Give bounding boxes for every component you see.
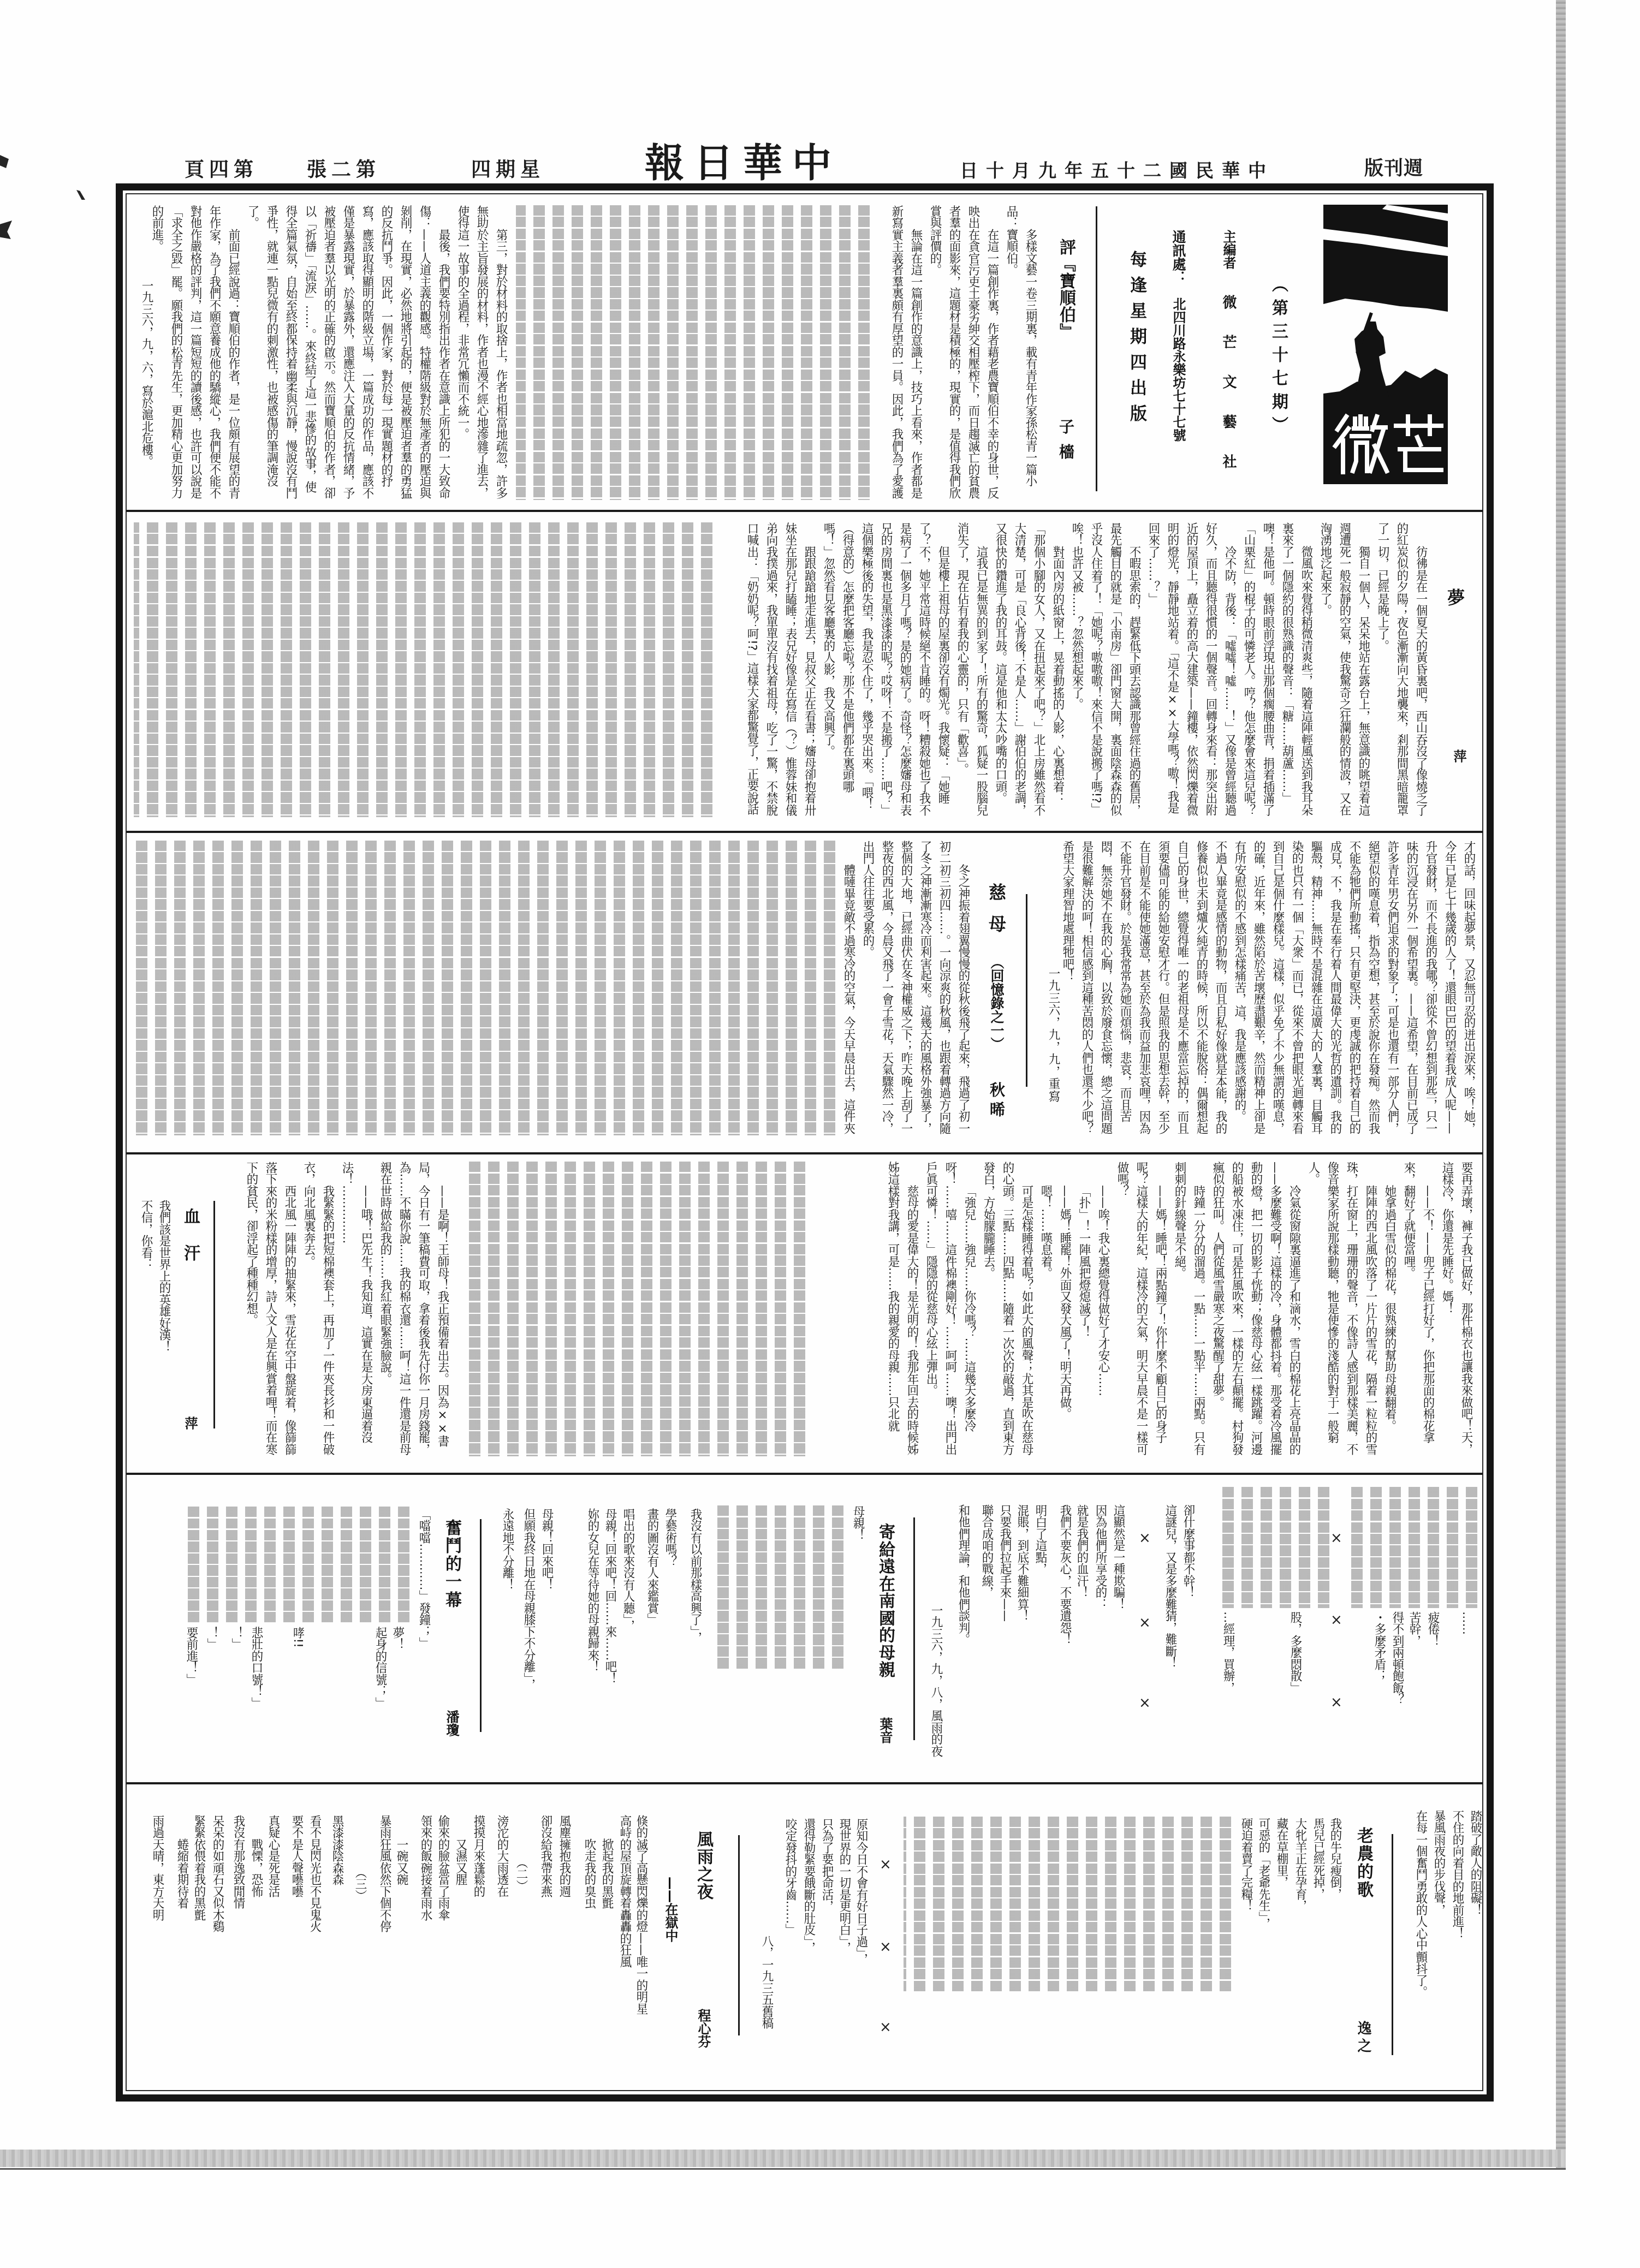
article-author: 秋晞 [989,1082,1004,1121]
paragraph: 她拿過白雪似的棉花，很熟練的幫助母親翻着。 [1380,1162,1399,1456]
poem-line: 這顯然是一種欺騙！ [1112,1504,1124,1610]
poem-line: 不信，你看： [140,1200,152,1270]
paragraph: 前面已經說過：寶順伯的作者，是一位頗有展望的青年作家，為了我們不願意養成他的驕縱… [147,205,243,500]
poem-line: 吹走我的臭虫 [583,1838,595,1909]
poem-line: 這謎兒，又是多麼難猜，難斷！ [1164,1504,1176,1669]
poem-line: 我們不要灰心，不要遺怨！ [1059,1504,1071,1645]
article-author: 子檣 [1058,419,1073,469]
poem-line: 聯合成咱的戰線， [981,1504,993,1598]
poem-line: 卻什麼事都不幹！ [1182,1504,1194,1598]
mother-text-part2: 要再弄壞，褲子我已做好，那件棉衣也讓我來做吧！天，這樣冷，你還是先睡好。媽！ —… [813,1162,1476,1456]
poem-line: 只要我們拉起手來—— [999,1504,1011,1622]
article-author: 逸之 [1356,2021,1370,2056]
paper-name: 中華日報 [645,143,841,182]
paragraph: ——不！——兜子已經打好了，你把那面的棉花拿來，翻好了就便當哩。 [1399,1162,1437,1456]
section-mark: （三） [354,1866,366,1902]
poem-line: 咬定發抖的牙齒……」 [784,1818,796,1936]
paragraph: 多樣文藝一卷三期裏，載有青年作家孫松青一篇小品：寶順伯。 [1002,205,1040,500]
poem-line: 和他們理論，和他們談判。 [957,1504,969,1645]
ink-speck [76,190,85,200]
paragraph: 「扑」！一陣風把燈熄滅了！ [1074,1162,1094,1456]
illegible-text-region [710,1505,843,1669]
illegible-text-region [1220,1487,1329,1608]
article-date: 八，一九三五舊稿 [760,1935,773,2029]
paragraph: 彷彿是在一個夏天的黃昏裏吧，西山吞沒了像燒乏了的紅炭似的夕陽；夜色漸漸向大地襲來… [1373,522,1430,817]
poem-line: 雨過天晴，東方天明 [151,1815,163,1921]
paragraph: 但是樓上祖母的屋裏卻沒有燭光。我懷疑：「她睡了？不，她平常這時候絕不肯睡的。呀！… [819,522,953,817]
illegible-text-region [1348,1487,1477,1608]
poem-line: 明白了這點， [1034,1504,1046,1575]
sheet-number: 第二張 [307,160,381,180]
poem-line: 踏破了敵人的阻礙！ [1469,1810,1481,1916]
poem-line: 妳的女兒在等待她的母親歸來！ [586,1508,598,1672]
issue-date: 中華民國二十五年九月十日 [960,162,1274,180]
poem-fragment: ！」 [230,1627,242,1650]
paragraph: 冷氣從窗隙裏逼進了和滴水，雪白的棉花上亮晶晶的——多麼難受啊！這樣的冷，身體都抖… [1208,1162,1304,1456]
article-date: 一九三六，九，九，重寫 [1047,967,1059,1103]
dream-text-part2: 才的話，回味起夢景，又忍無可忍的迸出淚來，唉！她，今年已是七十幾歲的人了！還眼巴… [1058,841,1478,1135]
issue-number: （第三十七期） [1270,276,1286,440]
band-divider [127,510,1483,512]
weimang-logo-woodcut: 微芒 [1323,205,1448,484]
poem-line: 學藝術嗎？ [664,1508,676,1567]
article-date: 一九三六，九，八，風雨的夜 [930,1604,942,1757]
article-title: 奮鬥的一幕 [443,1519,460,1609]
article-author: 葉音 [878,1717,892,1743]
poem-fragment: 疲倦！ [1427,1611,1439,1647]
article-divider [738,1835,740,2035]
paragraph: 跟跟蹌蹌地走進去，見叔父正在看書；嬸母卻抱着卅妹坐在那兒打瞌睡；表兄好像是在寫信… [742,522,819,817]
paragraph: 冬之神振着翅翼慢慢的從秋後飛了起來，飛過了初一初二初三初四……。一向涼爽的秋風，… [858,841,973,1135]
poem-line: 母親！ [852,1505,864,1541]
editor-label: 主編者 [1222,230,1235,269]
paragraph: 我緊緊的把短棉襖套上，再加了一件夾長衫和一件破衣，向北風裏奔去。 [299,1162,337,1456]
poem-fragment: …經理，買辦， [1222,1611,1234,1694]
publication-schedule: 每逢星期四出版 [1128,251,1145,430]
poem-line: 蜷縮着期待着 [176,1838,188,1909]
article-divider [213,1201,215,1428]
poem-line: 混賬，到底不難細算！ [1016,1504,1028,1622]
band-divider [127,1152,1483,1154]
stanza-separator: × [1139,1696,1151,1710]
dream-text-part1: 彷彿是在一個夏天的黃昏裏吧，西山吞沒了像燒乏了的紅炭似的夕陽；夜色漸漸向大地襲來… [734,522,1430,817]
poem-line: 但願我終日地在母親膝下不分離」， [522,1508,534,1690]
scan-bottom-shadow [0,2150,1566,2167]
band-divider [127,831,1483,833]
poem-line: 不住的向着目的地前進！ [1451,1810,1463,1939]
address: 北四川路永樂坊七十七號 [1172,297,1185,442]
article-author: 程心芬 [697,2009,710,2048]
paragraph: ——是啊！王師母！我正預備着出去。因為××書局，今日有一筆稿費可取，拿着後我先付… [376,1162,452,1456]
paragraph: 對面內房的紙窗上，晃着動搖的人影，心裏想着：「那個小腳的女人，又在扭起來了吧？」… [991,522,1067,817]
article-subtitle: （回憶錄之一） [990,955,1003,1051]
paragraph: 無論在這一篇創作的意識上，技巧上看來，作者都是新寫實主義者羣裏頗有厚望的一員。因… [887,205,925,500]
paragraph: 才的話，回味起夢景，又忍無可忍的迸出淚來，唉！她，今年已是七十幾歲的人了！還眼巴… [1230,841,1478,1135]
poem-line: 看不見閃光也不見鬼火 [308,1815,320,1932]
paragraph: ——媽！睡罷！外面又發大風了！明天再做。 [1055,1162,1074,1456]
poem-line: 摸摸月來蓬鬆的 [472,1815,484,1897]
poem-line: 只為了要把命活， [821,1818,833,1912]
poem-line: 緊緊依偎着我的黑氈 [193,1815,205,1921]
poem-line: 又濕又腥 [454,1838,466,1885]
poem-line: 因為他們所享受的： [1094,1504,1106,1610]
article-author: 萍 [183,1416,197,1430]
poem-line: 「噹噹…………」發鐘；」 [418,1508,430,1649]
band-divider [127,1473,1483,1475]
review-intro-text: 多樣文藝一卷三期裏，載有青年作家孫松青一篇小品：寶順伯。 在這一篇創作裏，作者藉… [874,205,1040,500]
paragraph: 在這一篇創作裏，作者藉老農寶順伯不幸的身世，反映出在貪官污吏土豪劣紳交相壓榨下，… [925,205,1002,500]
poem-line: 戰慄，恐怖 [250,1838,262,1897]
illegible-text-region [134,841,835,1135]
poem-line: 現世界的一切是更明白」， [838,1818,850,1953]
poem-line: 我沒有那逸致閒情 [232,1815,244,1909]
poem-fragment: 哮!! [292,1627,304,1648]
paragraph: 「強兒……強兒……你冷嗎？……這幾天多麼冷呀！……嘻……這件棉襖剛好！……呵呵…… [922,1162,979,1456]
poem-fragment: …… [1460,1611,1472,1635]
paragraph: 嗯！……嘆息着。 [1036,1162,1055,1456]
paragraph: 時鐘一分分的溜過。一點……一點半……兩點。只有刺刺的針線聲是不絕。 [1170,1162,1208,1456]
paragraph: 陣陣的西北風吹落了一片片的雪花，隔着一粒粒的雪珠，打在窗上，珊珊的聲音，不像詩人… [1304,1162,1380,1456]
adjacent-page-mark [0,155,9,168]
paragraph: 不暇思索的，趕緊低下頭去認識那曾經住過的舊居，最先觸目的就是「小南房」卻門窗大開… [1067,522,1144,817]
paragraph: 獨自一個人，呆呆地站在露台上，無意識的眺望着這週遭死一般寂靜的空氣，使我驚奇之狂… [1316,522,1373,817]
edition-label: 週刊版 [1364,159,1423,178]
poem-line: 在每一個奮鬥勇敢的人心中顫抖了。 [1415,1810,1427,1998]
stanza-separator: × [880,1858,892,1872]
mother-text-part3: ——是啊！王師母！我正預備着出去。因為××書局，今日有一筆稿費可取，拿着後我先付… [232,1162,452,1456]
poem-line: 掀起我的黑氈 [601,1838,613,1909]
poem-line: 原知今日不會有好日子過」， [855,1818,867,1965]
paragraph: 可是怎樣睡得着呢？如此大的風聲；尤其是吹在慈母的心頭。三點……四點……隨着一次次… [979,1162,1036,1456]
poem-fragment: 要前進！」 [185,1627,197,1686]
poem-line: 畫的圖沒有人來鑑賞」 [646,1508,658,1626]
poem-line: 暴雨狂風依然下個不停 [378,1815,390,1932]
stanza-separator: × [880,1940,892,1954]
poem-line: 馬兒已經死掉， [1312,1818,1324,1900]
poem-line: 要不是人聲囈囈 [290,1815,302,1897]
address-label: 通訊處： [1172,230,1185,284]
paragraph: 不過人畢竟是感情的動物，而且自私好像就是本能，我的修養似也未到爐火純青的時候，所… [1058,841,1230,1135]
section-mark: （二） [515,1856,527,1892]
poem-fragment: 得不到兩頓飽飯？ [1391,1611,1403,1705]
stanza-separator: × [1330,1613,1342,1627]
article-title: 慈母 [988,883,1005,947]
article-date: 一九三六，九，六，寫於滬北危樓。 [140,279,152,467]
paragraph: ——哦！巴先生！我知道，這實在是大房東逼着沒法！…………… [337,1162,376,1456]
poem-line: 一碗又碗 [395,1838,407,1885]
woodcut-figure-icon [1323,205,1448,484]
editor-name: 微芒文藝社 [1221,295,1235,494]
poem-line: 偷來的臉盆當了雨傘 [437,1815,449,1921]
poem-line: 真疑心是死是活 [267,1815,279,1897]
article-title: 評『寶順伯』 [1057,239,1074,340]
stanza-separator: × [1330,1531,1342,1545]
illegible-text-region [180,1507,409,1624]
poem-line: 硬迫着賣了完糧！ [1240,1818,1252,1912]
page-fold-shadow [1556,0,1566,2170]
paragraph: 西北風一陣陣的抽緊來，雪花在空中盤旋着，像篩篩落下來的米粉樣的增厚，詩人文人是在… [242,1162,299,1456]
article-title: 血汗 [182,1208,198,1281]
review-ending-text: 第三，對於材料的取捨上，作者也相當地疏忽，許多無助於主旨發展的材料，作者也漫不經… [158,205,510,500]
illegible-text-region [904,1817,1231,1991]
poem-line: 永遠地不分離！ [501,1508,513,1591]
mother-text-part1: 冬之神振着翅翼慢慢的從秋後飛了起來，飛過了初一初二初三初四……。一向涼爽的秋風，… [839,841,973,1135]
paragraph: 第三，對於材料的取捨上，作者也相當地疏忽，許多無助於主旨發展的材料，作者也漫不經… [453,205,510,500]
stanza-separator: × [1330,1695,1342,1710]
scan-bottom-line [0,2168,1566,2170]
paragraph: 冷不防，背後：「噓噓！噓……！」又像是曾經聽過好久，而且聽得很慣的一個聲音。回轉… [1144,522,1239,817]
paragraph: ——唉！我心裏總覺得做好了才安心…… [1094,1162,1113,1456]
band-divider [127,1782,1483,1784]
paragraph: 最後，我們要特別指出作者在意識上所犯的一大致命傷：——人道主義的觀感。特權階級對… [243,205,453,500]
poem-fragment: 苦幹， [1408,1611,1420,1647]
paragraph: 體嗹畢竟敵不過寒冷的空氣，今天早晨出去，這件夾 [839,841,858,1135]
poem-line: 大牝羊正在孕育， [1294,1818,1306,1912]
poem-line: 我沒有以前那樣高興了」， [689,1508,701,1643]
article-divider [913,1517,915,1740]
poem-line: 唱出的歌來沒有人聽」， [622,1508,634,1632]
weekday: 星期四 [471,160,545,180]
poem-line: 母親！回來吧！回……來……吧！ [604,1508,616,1684]
illegible-text-region [134,522,712,817]
poem-fragment: 起身的信號；」 [374,1627,386,1709]
article-divider [1392,1834,1393,2055]
paragraph: 微風吹來覺得稍微清爽些，隨着這陣輕風送到我耳朵裏來了一個隱約的很熟識的聲音：「糖… [1239,522,1316,817]
page-number: 第四頁 [185,160,258,180]
poem-fragment: ！」 [206,1627,218,1650]
illegible-text-region [461,1162,805,1456]
poem-line: 倏的滅了高懸閃爍的燈——唯一的明星 [635,1815,647,2015]
poem-line: 呆呆的如頑石又似木鷄 [211,1815,223,1932]
article-title: 寄給遠在南國的母親 [877,1523,893,1678]
poem-line: 可惡的「老爺先生」， [1257,1818,1269,1929]
poem-line: 黑漆漆陰森森 [331,1815,343,1885]
article-divider [1026,894,1027,1087]
article-title: 風雨之夜 [695,1831,711,1901]
poem-line: 卻沒給我帶來燕 [539,1815,551,1897]
poem-line: 藏在草棚里， [1275,1818,1287,1888]
poem-line: 風塵擁抱我的週 [558,1815,570,1897]
poem-fragment: 夢！ [391,1627,403,1650]
poem-line: 我的牛兒瘦倒， [1329,1818,1341,1900]
stanza-separator: × [1139,1616,1151,1630]
paragraph: 這我已是無異的到家了！所有的驚奇，狐疑一股腦兒消失了，現在佔有着我的心靈的，只有… [953,522,991,817]
article-title: 老農的歌 [1355,1827,1371,1899]
article-divider [480,1519,482,1732]
poem-line: 我們該是世界上的英雄好漢！ [158,1200,170,1353]
article-author: 潘瓊 [445,1710,458,1736]
poem-line: 還得勒緊要餓斷的肚皮」， [803,1818,815,1953]
stanza-separator: × [1139,1531,1151,1545]
paragraph: 慈母的愛是偉大的！是光明的！我那年回去的時候姊姊這樣對我講，可是……我的親愛的母… [883,1162,922,1456]
poem-fragment: 股，多麼悶散」 [1289,1611,1301,1694]
paragraph: ——媽！睡吧！兩點鐘了！你什麼不顧自己的身子呢？這樣大的年紀，這樣冷的天氣，明天… [1113,1162,1170,1456]
poem-fragment: ・多麼矛盾； [1373,1611,1385,1682]
newspaper-page: 第四頁 第二張 星期四 中華日報 中華民國二十五年九月十日 週刊版 [0,0,1640,2268]
masthead-divider [1096,206,1097,491]
illegible-text-region [516,205,870,500]
stanza-separator: × [880,2020,892,2034]
poem-fragment: 悲壯的口號！」 [250,1627,262,1709]
adjacent-page-mark [0,221,12,239]
paragraph: 要再弄壞，褲子我已做好，那件棉衣也讓我來做吧！天，這樣冷，你還是先睡好。媽！ [1437,1162,1476,1456]
article-author: 萍 [1452,749,1465,763]
poem-line: 暴風雨夜的步伐聲， [1433,1810,1445,1916]
poem-line: 就是我們的血汗！ [1075,1504,1088,1598]
poem-line: 高峙的屋頂旋轉着轟轟的狂風 [619,1815,631,1968]
article-title: 夢 [1446,588,1464,606]
poem-line: 母親！回來吧！ [540,1508,552,1591]
article-subtitle: ——在獄中 [664,1877,677,1942]
poem-line: 領來的飯碗接着雨水 [419,1815,431,1921]
poem-line: 滂沱的大雨透在 [496,1815,508,1897]
